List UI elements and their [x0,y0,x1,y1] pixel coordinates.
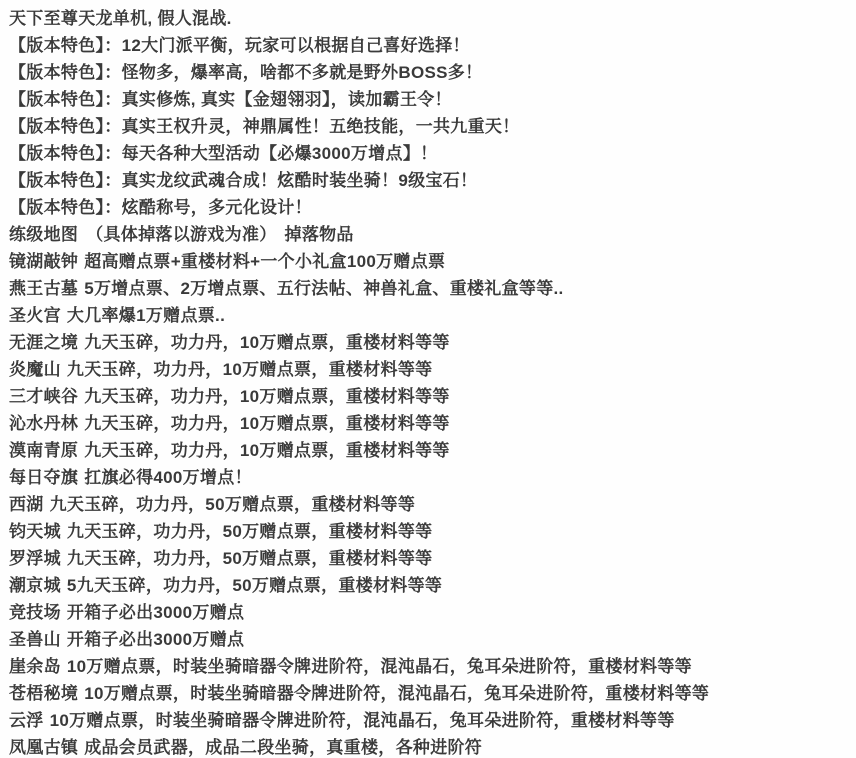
drop-row: 钧天城九天玉碎，功力丹，50万赠点票，重楼材料等等 [9,518,850,545]
feature-list: 【版本特色】：12大门派平衡，玩家可以根据自己喜好选择！ 【版本特色】：怪物多，… [9,32,850,221]
drop-row: 三才峡谷九天玉碎，功力丹，10万赠点票，重楼材料等等 [9,383,850,410]
drop-location: 无涯之境 [9,333,78,352]
drop-location: 崖余岛 [9,657,61,676]
drop-items: 10万赠点票，时装坐骑暗器令牌进阶符，混沌晶石，兔耳朵进阶符，重楼材料等等 [50,711,675,730]
drops-header-items-label: 掉落物品 [285,225,354,244]
drop-location: 三才峡谷 [9,387,78,406]
drop-items: 九天玉碎，功力丹，10万赠点票，重楼材料等等 [67,360,433,379]
drop-location: 钧天城 [9,522,61,541]
drop-location: 炎魔山 [9,360,61,379]
drop-row: 罗浮城九天玉碎，功力丹，50万赠点票，重楼材料等等 [9,545,850,572]
drop-items: 成品会员武器，成品二段坐骑，真重楼，各种进阶符 [84,738,482,757]
drop-row: 凤凰古镇成品会员武器，成品二段坐骑，真重楼，各种进阶符 [9,734,850,758]
drop-row: 炎魔山九天玉碎，功力丹，10万赠点票，重楼材料等等 [9,356,850,383]
drop-row: 沁水丹林九天玉碎，功力丹，10万赠点票，重楼材料等等 [9,410,850,437]
feature-line: 【版本特色】：炫酷称号，多元化设计！ [9,194,850,221]
feature-line: 【版本特色】：每天各种大型活动【必爆3000万增点】！ [9,140,850,167]
drop-items: 扛旗必得400万增点！ [84,468,252,487]
drop-items: 九天玉碎，功力丹，10万赠点票，重楼材料等等 [84,387,450,406]
drop-location: 云浮 [9,711,44,730]
drop-items: 10万赠点票，时装坐骑暗器令牌进阶符，混沌晶石，兔耳朵进阶符，重楼材料等等 [84,684,709,703]
drop-row: 崖余岛10万赠点票，时装坐骑暗器令牌进阶符，混沌晶石，兔耳朵进阶符，重楼材料等等 [9,653,850,680]
feature-line: 【版本特色】：真实龙纹武魂合成！炫酷时装坐骑！9级宝石！ [9,167,850,194]
drop-items: 开箱子必出3000万赠点 [67,603,244,622]
drop-items: 九天玉碎，功力丹，50万赠点票，重楼材料等等 [67,522,433,541]
drops-header-map-label: 练级地图 [9,225,78,244]
drop-items: 九天玉碎，功力丹，10万赠点票，重楼材料等等 [84,441,450,460]
drop-items: 超高赠点票+重楼材料+一个小礼盒100万赠点票 [84,252,445,271]
drop-items: 开箱子必出3000万赠点 [67,630,244,649]
drop-items: 10万赠点票，时装坐骑暗器令牌进阶符，混沌晶石，兔耳朵进阶符，重楼材料等等 [67,657,692,676]
drop-location: 圣火宫 [9,306,61,325]
game-description-document: 天下至尊天龙单机, 假人混战. 【版本特色】：12大门派平衡，玩家可以根据自己喜… [0,0,856,758]
drop-location: 漠南青原 [9,441,78,460]
drop-row: 圣兽山开箱子必出3000万赠点 [9,626,850,653]
drop-row: 燕王古墓5万增点票、2万增点票、五行法帖、神兽礼盒、重楼礼盒等等.. [9,275,850,302]
feature-line: 【版本特色】：真实王权升灵，神鼎属性！五绝技能，一共九重天！ [9,113,850,140]
drop-location: 燕王古墓 [9,279,78,298]
drops-header: 练级地图（具体掉落以游戏为准）掉落物品 [9,221,850,248]
drop-items: 九天玉碎，功力丹，50万赠点票，重楼材料等等 [67,549,433,568]
drop-row: 潮京城5九天玉碎，功力丹，50万赠点票，重楼材料等等 [9,572,850,599]
drop-items: 九天玉碎，功力丹，50万赠点票，重楼材料等等 [50,495,416,514]
feature-line: 【版本特色】：怪物多，爆率高，啥都不多就是野外BOSS多！ [9,59,850,86]
drop-row: 竞技场开箱子必出3000万赠点 [9,599,850,626]
drop-items: 九天玉碎，功力丹，10万赠点票，重楼材料等等 [84,414,450,433]
drop-row: 苍梧秘境10万赠点票，时装坐骑暗器令牌进阶符，混沌晶石，兔耳朵进阶符，重楼材料等… [9,680,850,707]
drop-row: 云浮10万赠点票，时装坐骑暗器令牌进阶符，混沌晶石，兔耳朵进阶符，重楼材料等等 [9,707,850,734]
drop-row: 漠南青原九天玉碎，功力丹，10万赠点票，重楼材料等等 [9,437,850,464]
drop-row: 圣火宫大几率爆1万赠点票.. [9,302,850,329]
drop-location: 圣兽山 [9,630,61,649]
drop-row: 西湖九天玉碎，功力丹，50万赠点票，重楼材料等等 [9,491,850,518]
drops-header-note: （具体掉落以游戏为准） [86,225,276,244]
drop-row: 镜湖敲钟超高赠点票+重楼材料+一个小礼盒100万赠点票 [9,248,850,275]
drop-location: 凤凰古镇 [9,738,78,757]
drop-row: 无涯之境九天玉碎，功力丹，10万赠点票，重楼材料等等 [9,329,850,356]
feature-line: 【版本特色】：12大门派平衡，玩家可以根据自己喜好选择！ [9,32,850,59]
drop-location: 潮京城 [9,576,61,595]
drop-location: 苍梧秘境 [9,684,78,703]
feature-line: 【版本特色】：真实修炼, 真实【金翅翎羽】，读加霸王令！ [9,86,850,113]
page-title: 天下至尊天龙单机, 假人混战. [9,5,850,32]
drop-items: 大几率爆1万赠点票.. [67,306,225,325]
drop-location: 每日夺旗 [9,468,78,487]
drop-location: 镜湖敲钟 [9,252,78,271]
drop-items: 5万增点票、2万增点票、五行法帖、神兽礼盒、重楼礼盒等等.. [84,279,563,298]
drop-location: 罗浮城 [9,549,61,568]
drops-list: 镜湖敲钟超高赠点票+重楼材料+一个小礼盒100万赠点票 燕王古墓5万增点票、2万… [9,248,850,758]
drop-location: 沁水丹林 [9,414,78,433]
drop-items: 九天玉碎，功力丹，10万赠点票，重楼材料等等 [84,333,450,352]
drop-row: 每日夺旗扛旗必得400万增点！ [9,464,850,491]
drop-location: 竞技场 [9,603,61,622]
drop-items: 5九天玉碎，功力丹，50万赠点票，重楼材料等等 [67,576,442,595]
drop-location: 西湖 [9,495,44,514]
